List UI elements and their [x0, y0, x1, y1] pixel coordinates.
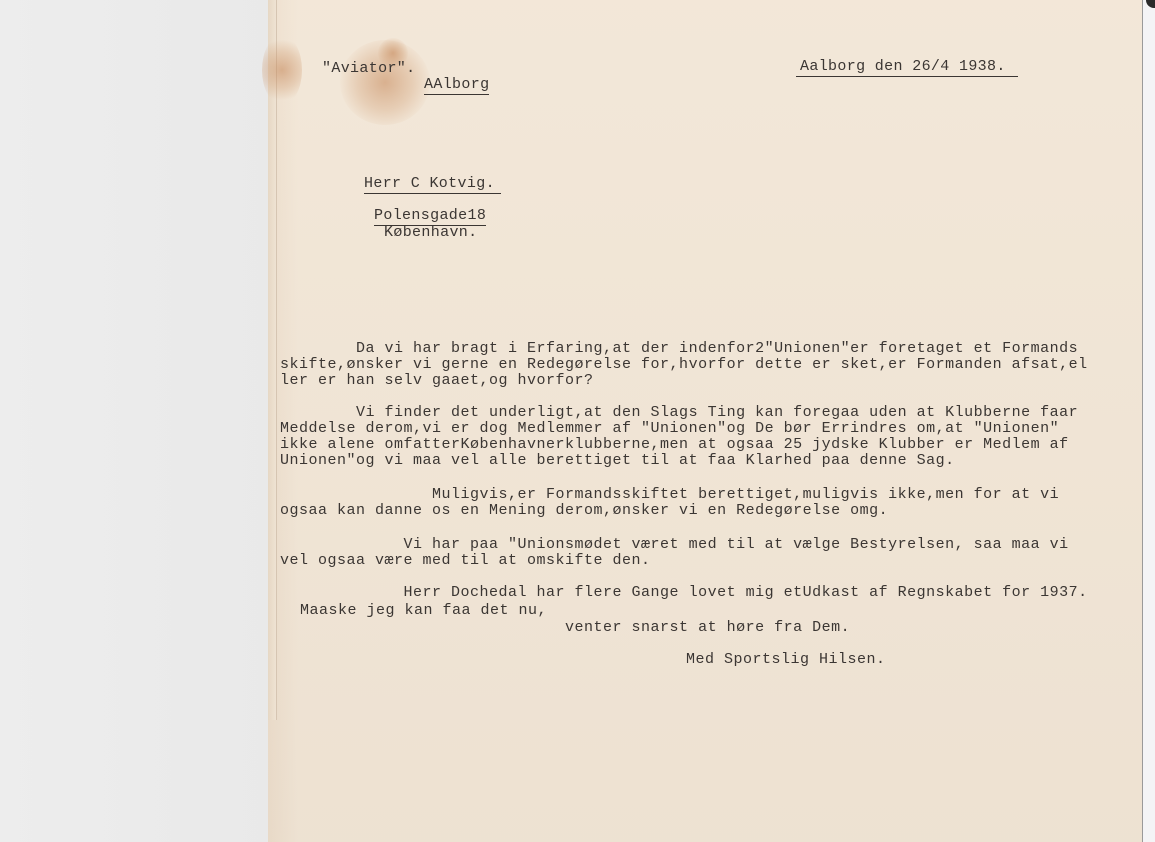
- sender-city: AAlborg: [424, 76, 489, 95]
- body-line: ler er han selv gaaet,og hvorfor?: [280, 372, 594, 389]
- body-line: Vi finder det underligt,at den Slags Tin…: [280, 404, 1078, 421]
- body-line: ikke alene omfatterKøbenhavnerklubberne,…: [280, 436, 1069, 453]
- sender-name: "Aviator".: [322, 60, 416, 77]
- closing-salutation: Med Sportslig Hilsen.: [686, 651, 886, 668]
- body-line: Unionen"og vi maa vel alle berettiget ti…: [280, 452, 955, 469]
- scanner-background: [0, 0, 275, 842]
- body-line: Herr Dochedal har flere Gange lovet mig …: [280, 584, 1088, 601]
- place-date: Aalborg den 26/4 1938.: [796, 58, 1018, 77]
- body-line: skifte,ønsker vi gerne en Redegørelse fo…: [280, 356, 1088, 373]
- scanner-edge: [1142, 0, 1155, 842]
- body-line: ogsaa kan danne os en Mening derom,ønske…: [280, 502, 888, 519]
- body-line: Vi har paa "Unionsmødet været med til at…: [280, 536, 1069, 553]
- recipient-city: København.: [384, 224, 478, 241]
- body-line: Da vi har bragt i Erfaring,at der indenf…: [280, 340, 1078, 357]
- body-line: Muligvis,er Formandsskiftet berettiget,m…: [280, 486, 1059, 503]
- body-line: vel ogsaa være med til at omskifte den.: [280, 552, 651, 569]
- body-line: Meddelse derom,vi er dog Medlemmer af "U…: [280, 420, 1059, 437]
- recipient-name: Herr C Kotvig.: [364, 175, 501, 194]
- paper-fold-edge: [268, 0, 277, 720]
- body-line: venter snarst at høre fra Dem.: [280, 619, 850, 636]
- body-line: Maaske jeg kan faa det nu,: [300, 602, 547, 619]
- stain-mark: [262, 35, 302, 105]
